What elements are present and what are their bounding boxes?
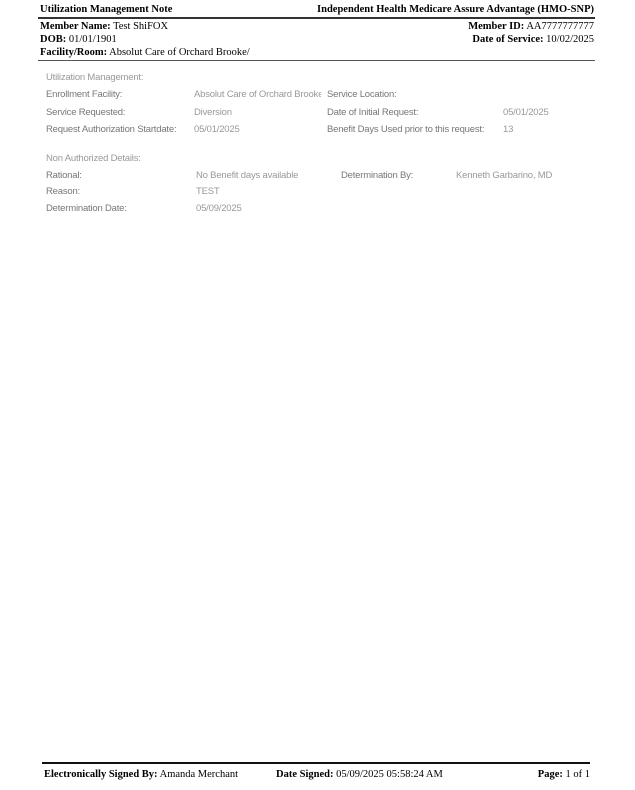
dob-row: DOB: 01/01/1901 <box>40 34 117 45</box>
rational-label: Rational: <box>46 170 82 181</box>
determination-by-label: Determination By: <box>341 170 413 181</box>
dob-label: DOB: <box>40 34 66 45</box>
date-initial-request-label: Date of Initial Request: <box>327 107 418 118</box>
non-auth-section-title: Non Authorized Details: <box>46 153 141 164</box>
header-divider <box>38 17 595 19</box>
determination-by-value: Kenneth Garbarino, MD <box>456 170 552 181</box>
document-title: Utilization Management Note <box>40 4 172 15</box>
signed-by: Amanda Merchant <box>160 769 238 780</box>
um-section-title: Utilization Management: <box>46 72 143 83</box>
dob: 01/01/1901 <box>69 34 117 45</box>
determination-date-label: Determination Date: <box>46 203 127 214</box>
member-id-label: Member ID: <box>468 21 524 32</box>
rational-value: No Benefit days available <box>196 170 298 181</box>
facility-label: Facility/Room: <box>40 47 107 58</box>
member-name: Test ShiFOX <box>113 21 168 32</box>
date-signed-row: Date Signed: 05/09/2025 05:58:24 AM <box>276 769 443 780</box>
enrollment-facility-value: Absolut Care of Orchard Brooke <box>194 89 321 100</box>
auth-startdate-label: Request Authorization Startdate: <box>46 124 176 135</box>
determination-date-value: 05/09/2025 <box>196 203 242 214</box>
header-bottom-divider <box>38 60 595 61</box>
benefit-days-value: 13 <box>503 124 513 135</box>
service-requested-value: Diversion <box>194 107 232 118</box>
signed-by-label: Electronically Signed By: <box>44 769 158 780</box>
member-name-label: Member Name: <box>40 21 111 32</box>
member-name-row: Member Name: Test ShiFOX <box>40 21 168 32</box>
date-of-service-row: Date of Service: 10/02/2025 <box>472 34 594 45</box>
signed-by-row: Electronically Signed By: Amanda Merchan… <box>44 769 238 780</box>
facility: Absolut Care of Orchard Brooke/ <box>109 47 250 58</box>
date-signed: 05/09/2025 05:58:24 AM <box>336 769 443 780</box>
auth-startdate-value: 05/01/2025 <box>194 124 240 135</box>
page-number-row: Page: 1 of 1 <box>538 769 590 780</box>
footer-divider <box>42 762 590 764</box>
reason-value: TEST <box>196 186 219 197</box>
member-id-row: Member ID: AA7777777777 <box>468 21 594 32</box>
facility-row: Facility/Room: Absolut Care of Orchard B… <box>40 47 250 58</box>
reason-label: Reason: <box>46 186 80 197</box>
date-initial-request-value: 05/01/2025 <box>503 107 549 118</box>
date-of-service-label: Date of Service: <box>472 34 543 45</box>
page-number: 1 of 1 <box>566 769 591 780</box>
page-label: Page: <box>538 769 563 780</box>
service-location-label: Service Location: <box>327 89 396 100</box>
member-id: AA7777777777 <box>526 21 594 32</box>
service-requested-label: Service Requested: <box>46 107 125 118</box>
plan-name: Independent Health Medicare Assure Advan… <box>317 4 594 15</box>
enrollment-facility-label: Enrollment Facility: <box>46 89 122 100</box>
date-of-service: 10/02/2025 <box>546 34 594 45</box>
benefit-days-label: Benefit Days Used prior to this request: <box>327 124 484 135</box>
date-signed-label: Date Signed: <box>276 769 333 780</box>
